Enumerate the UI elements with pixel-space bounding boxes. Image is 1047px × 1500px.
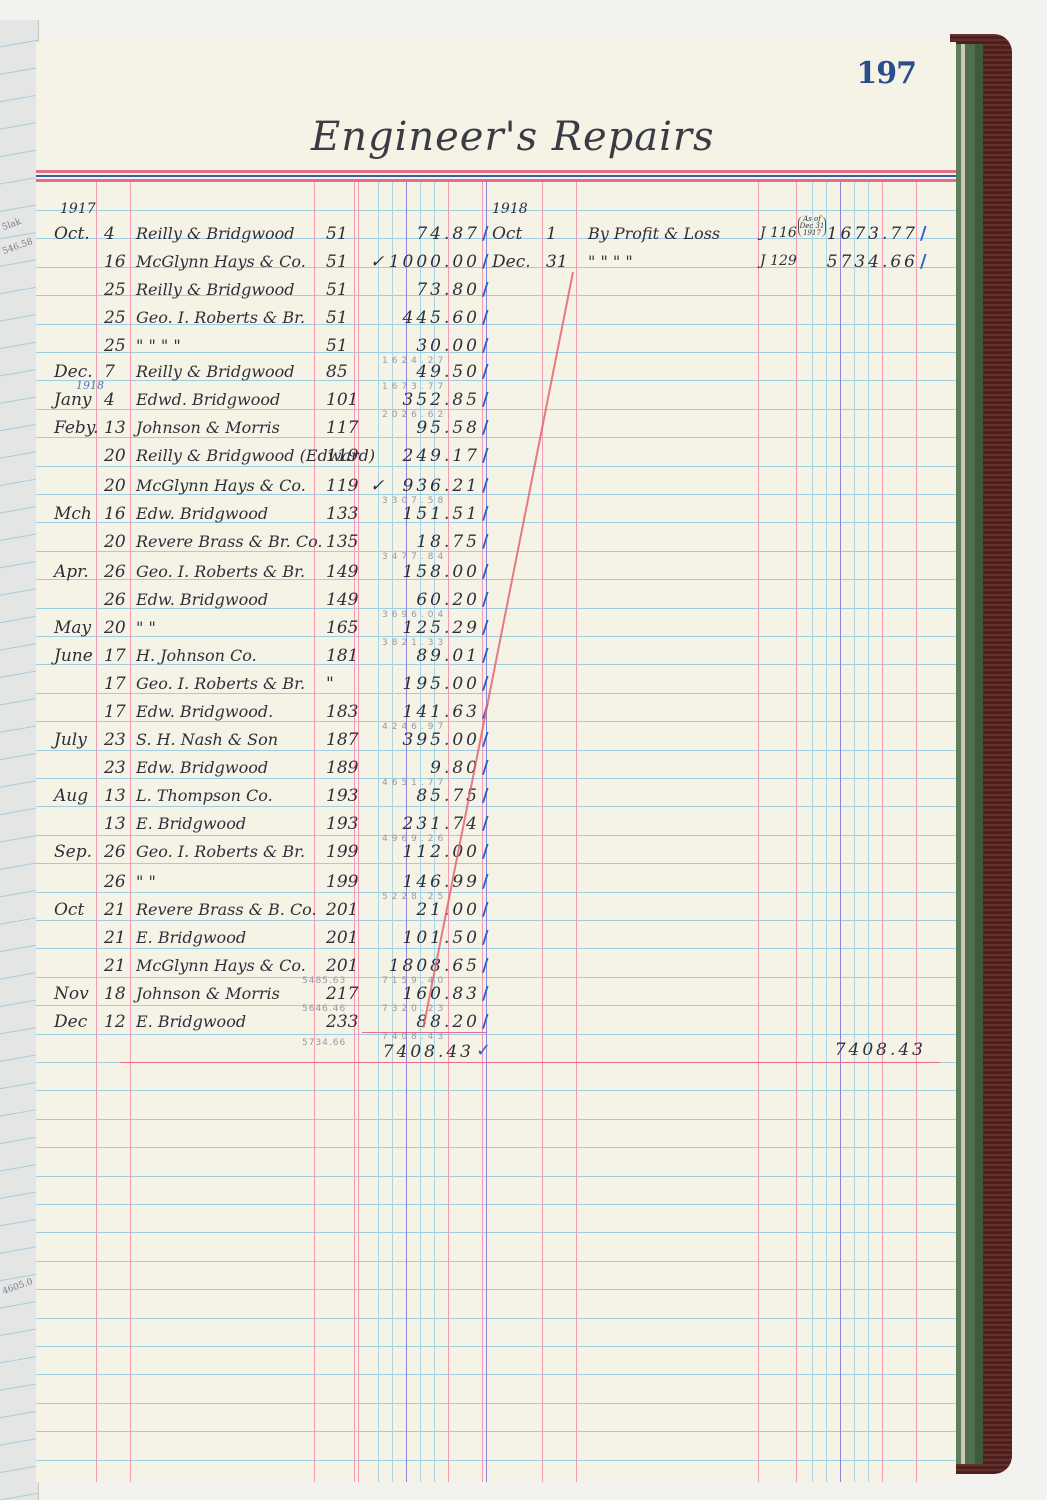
post-tick-icon: /: [482, 477, 489, 495]
entry-day: 23: [104, 732, 126, 749]
margin-note: 5lak: [1, 217, 23, 233]
ruled-line: [36, 750, 956, 751]
entry-amount: 21.00: [376, 902, 480, 919]
entry-month: May: [54, 620, 91, 637]
entry-amount: 89.01: [376, 648, 480, 665]
post-tick-icon: /: [482, 901, 489, 919]
entry-day: 4: [104, 392, 115, 409]
entry-day: 18: [104, 986, 126, 1003]
ruled-line: [36, 1034, 956, 1035]
entry-day: 25: [104, 338, 126, 355]
ruled-line: [36, 977, 956, 978]
entry-particulars: H. Johnson Co.: [136, 648, 257, 664]
ruled-line: [36, 948, 956, 949]
folio-pencil-note: 5485.63: [302, 976, 346, 986]
post-tick-icon: /: [482, 787, 489, 805]
margin-note: 4605.0: [1, 1277, 34, 1297]
entry-day: 26: [104, 874, 126, 891]
entry-amount: 95.58: [376, 420, 480, 437]
ruled-line: [36, 1261, 956, 1262]
entry-amount: 60.20: [376, 592, 480, 609]
entry-day: 17: [104, 648, 126, 665]
entry-particulars: E. Bridgwood: [136, 930, 246, 946]
folio-pencil-total: 5734.66: [302, 1038, 346, 1048]
ruled-line: [36, 636, 956, 637]
entry-month: Dec: [54, 1014, 87, 1031]
post-tick-icon: /: [482, 731, 489, 749]
entry-amount: 151.51: [376, 506, 480, 523]
entry-amount: 101.50: [376, 930, 480, 947]
entry-folio: 51: [326, 226, 348, 243]
entry-particulars: Edw. Bridgwood: [136, 760, 268, 776]
column-line: [826, 182, 827, 1482]
entry-particulars: Revere Brass & B. Co.: [136, 902, 317, 918]
ruled-line: [36, 1176, 956, 1177]
column-line: [796, 182, 797, 1482]
entry-particulars: Edw. Bridgwood: [136, 506, 268, 522]
entry-day: 20: [104, 478, 126, 495]
entry-particulars: McGlynn Hays & Co.: [136, 478, 306, 494]
entry-month: July: [54, 732, 87, 749]
entry-folio: 201: [326, 902, 358, 919]
entry-particulars: Revere Brass & Br. Co.: [136, 534, 323, 550]
entry-day: 17: [104, 676, 126, 693]
entry-particulars: S. H. Nash & Son: [136, 732, 278, 748]
pencil-running-total: 3477.84: [382, 552, 447, 562]
entry-amount: 1808.65: [376, 958, 480, 975]
entry-folio: 181: [326, 648, 358, 665]
column-line: [854, 182, 855, 1482]
margin-note: 546.58: [1, 237, 34, 257]
post-tick-icon: /: [482, 675, 489, 693]
entry-folio: 119: [326, 478, 358, 495]
entry-folio: 51: [326, 254, 348, 271]
column-line: [542, 182, 543, 1482]
entry-particulars: Johnson & Morris: [136, 420, 280, 436]
entry-folio: 193: [326, 788, 358, 805]
entry-particulars: " " " ": [136, 338, 181, 354]
entry-day: 13: [104, 420, 126, 437]
entry-amount: 49.50: [376, 364, 480, 381]
ruled-line: [36, 1403, 956, 1404]
entry-folio: 51: [326, 282, 348, 299]
entry-folio: 201: [326, 958, 358, 975]
ruled-line: [36, 1232, 956, 1233]
ruled-line: [36, 920, 956, 921]
column-line: [868, 182, 869, 1482]
page-number: 197: [856, 56, 916, 91]
ledger-page: 197 Engineer's Repairs 1917 Oct.4Reilly …: [36, 42, 956, 1482]
entry-amount: 195.00: [376, 676, 480, 693]
post-tick-icon: /: [482, 391, 489, 409]
debit-total: 7408.43: [374, 1044, 474, 1061]
entry-amount: 445.60: [376, 310, 480, 327]
entry-amount: 88.20: [376, 1014, 480, 1031]
entry-folio: 51: [326, 310, 348, 327]
ruled-line: [36, 1119, 956, 1120]
entry-folio: 149: [326, 592, 358, 609]
ruled-line: [36, 1147, 956, 1148]
post-tick-icon: /: [920, 253, 927, 271]
post-tick-icon: /: [482, 309, 489, 327]
entry-folio: 85: [326, 364, 348, 381]
entry-amount: 141.63: [376, 704, 480, 721]
entry-amount: 146.99: [376, 874, 480, 891]
post-tick-icon: /: [482, 419, 489, 437]
entry-folio: 189: [326, 760, 358, 777]
column-line: [840, 182, 841, 1482]
post-tick-icon: /: [482, 843, 489, 861]
entry-amount: 85.75: [376, 788, 480, 805]
entry-folio: 233: [326, 1014, 358, 1031]
entry-month: June: [54, 648, 93, 665]
entry-day: 25: [104, 282, 126, 299]
entry-particulars: Johnson & Morris: [136, 986, 280, 1002]
entry-amount: 1673.77: [818, 226, 918, 243]
post-tick-icon: /: [920, 225, 927, 243]
entry-folio: 119: [326, 448, 358, 465]
entry-month: Apr.: [54, 564, 89, 581]
column-line: [314, 182, 315, 1482]
ruled-line: [36, 1204, 956, 1205]
credit-year: 1918: [492, 202, 528, 216]
entry-amount: 74.87: [376, 226, 480, 243]
entry-particulars: Reilly & Bridgwood: [136, 364, 295, 380]
entry-day: 31: [546, 254, 568, 271]
column-line: [916, 182, 917, 1482]
entry-particulars: L. Thompson Co.: [136, 788, 273, 804]
year-note: 1918: [76, 380, 104, 391]
ruled-line: [36, 892, 956, 893]
entry-folio: 165: [326, 620, 358, 637]
entry-day: 21: [104, 902, 126, 919]
ruled-line: [36, 1346, 956, 1347]
entry-folio: 117: [326, 420, 358, 437]
entry-month: Oct.: [54, 226, 90, 243]
entry-folio: 193: [326, 816, 358, 833]
entry-month: Jany: [54, 392, 92, 409]
post-tick-icon: /: [482, 337, 489, 355]
entry-month: Feby.: [54, 420, 99, 437]
post-tick-icon: /: [482, 563, 489, 581]
post-tick-icon: /: [482, 533, 489, 551]
column-line: [812, 182, 813, 1482]
entry-day: 20: [104, 534, 126, 551]
post-tick-icon: /: [482, 253, 489, 271]
ruled-line: [36, 721, 956, 722]
post-tick-icon: /: [482, 505, 489, 523]
ruled-line: [36, 863, 956, 864]
entry-month: Aug: [54, 788, 88, 805]
entry-amount: 936.21: [376, 478, 480, 495]
ruled-line: [36, 1431, 956, 1432]
ruled-line: [36, 1289, 956, 1290]
entry-particulars: " ": [136, 874, 156, 890]
post-tick-icon: /: [482, 985, 489, 1003]
entry-day: 1: [546, 226, 557, 243]
entry-folio: 199: [326, 844, 358, 861]
entry-day: 13: [104, 816, 126, 833]
ruled-line: [36, 1005, 956, 1006]
entry-particulars: E. Bridgwood: [136, 1014, 246, 1030]
entry-particulars: Geo. I. Roberts & Br.: [136, 676, 305, 692]
credit-total: 7408.43: [816, 1042, 926, 1059]
post-tick-icon: /: [482, 873, 489, 891]
entry-folio: 133: [326, 506, 358, 523]
post-tick-icon: /: [482, 363, 489, 381]
entry-month: Nov: [54, 986, 89, 1003]
entry-amount: 30.00: [376, 338, 480, 355]
ruled-line: [36, 806, 956, 807]
total-rule: [120, 1062, 940, 1063]
entry-amount: 1000.00: [376, 254, 480, 271]
entry-day: 26: [104, 844, 126, 861]
entry-amount: 18.75: [376, 534, 480, 551]
ruled-line: [36, 1090, 956, 1091]
entry-particulars: Geo. I. Roberts & Br.: [136, 310, 305, 326]
entry-day: 21: [104, 930, 126, 947]
column-line: [758, 182, 759, 1482]
entry-amount: 395.00: [376, 732, 480, 749]
entry-particulars: Geo. I. Roberts & Br.: [136, 844, 305, 860]
entry-particulars: By Profit & Loss: [588, 226, 720, 242]
ruled-line: [36, 1460, 956, 1461]
header-rule: [36, 170, 956, 184]
entry-day: 4: [104, 226, 115, 243]
ruled-line: [36, 1374, 956, 1375]
ruled-line: [36, 1318, 956, 1319]
entry-amount: 73.80: [376, 282, 480, 299]
entry-day: 26: [104, 592, 126, 609]
post-tick-icon: /: [482, 957, 489, 975]
ruled-line: [36, 466, 956, 467]
entry-day: 25: [104, 310, 126, 327]
post-tick-icon: /: [482, 281, 489, 299]
entry-day: 16: [104, 506, 126, 523]
entry-folio: 183: [326, 704, 358, 721]
entry-month: Oct: [492, 226, 522, 243]
debit-year: 1917: [60, 202, 96, 216]
entry-particulars: E. Bridgwood: [136, 816, 246, 832]
post-tick-icon: /: [482, 1013, 489, 1031]
post-tick-icon: /: [482, 815, 489, 833]
entry-folio: 135: [326, 534, 358, 551]
entry-particulars: Edw. Bridgwood: [136, 592, 268, 608]
entry-month: Dec.: [492, 254, 531, 271]
entry-day: 20: [104, 620, 126, 637]
entry-folio: 101: [326, 392, 358, 409]
entry-particulars: " ": [136, 620, 156, 636]
entry-folio: 217: [326, 986, 358, 1003]
total-rule: [362, 1032, 486, 1033]
entry-day: 21: [104, 958, 126, 975]
post-tick-icon: /: [482, 447, 489, 465]
folio-pencil-note: 5646.46: [302, 1004, 346, 1014]
column-line: [882, 182, 883, 1482]
entry-amount: 352.85: [376, 392, 480, 409]
entry-particulars: Geo. I. Roberts & Br.: [136, 564, 305, 580]
entry-folio: 187: [326, 732, 358, 749]
entry-folio: ": [326, 676, 334, 693]
entry-particulars: Edw. Bridgwood.: [136, 704, 273, 720]
entry-amount: 249.17: [376, 448, 480, 465]
entry-amount: 112.00: [376, 844, 480, 861]
pencil-running-total: 7408.43: [382, 1032, 447, 1042]
post-tick-icon: /: [482, 759, 489, 777]
check-mark-icon: ✓: [476, 1042, 491, 1060]
entry-particulars: " " " ": [588, 254, 633, 270]
entry-folio: J 116: [760, 226, 797, 240]
entry-day: 16: [104, 254, 126, 271]
entry-particulars: McGlynn Hays & Co.: [136, 958, 306, 974]
post-tick-icon: /: [482, 619, 489, 637]
entry-day: 20: [104, 448, 126, 465]
entry-amount: 158.00: [376, 564, 480, 581]
post-tick-icon: /: [482, 591, 489, 609]
entry-folio: 199: [326, 874, 358, 891]
entry-day: 17: [104, 704, 126, 721]
entry-month: Mch: [54, 506, 92, 523]
entry-day: 12: [104, 1014, 126, 1031]
post-tick-icon: /: [482, 225, 489, 243]
entry-folio: 51: [326, 338, 348, 355]
entry-day: 26: [104, 564, 126, 581]
entry-day: 7: [104, 364, 115, 381]
ruled-line: [36, 835, 956, 836]
entry-amount: 9.80: [376, 760, 480, 777]
entry-amount: 125.29: [376, 620, 480, 637]
entry-amount: 5734.66: [818, 254, 918, 271]
post-tick-icon: /: [482, 647, 489, 665]
entry-day: 23: [104, 760, 126, 777]
entry-particulars: McGlynn Hays & Co.: [136, 254, 306, 270]
page-title: Engineer's Repairs: [311, 114, 715, 160]
entry-folio: 149: [326, 564, 358, 581]
entry-day: 13: [104, 788, 126, 805]
column-line: [576, 182, 577, 1482]
entry-particulars: Edwd. Bridgwood: [136, 392, 280, 408]
column-line: [130, 182, 131, 1482]
entry-month: Sep.: [54, 844, 92, 861]
entry-particulars: Reilly & Bridgwood: [136, 282, 295, 298]
entry-particulars: Reilly & Bridgwood: [136, 226, 295, 242]
column-line: [96, 182, 97, 1482]
previous-page-edge: 5lak 546.58 4605.0: [0, 20, 39, 1500]
entry-folio: J 129: [760, 254, 797, 268]
ruled-line: [36, 437, 956, 438]
entry-folio: 201: [326, 930, 358, 947]
post-tick-icon: /: [482, 929, 489, 947]
entry-month: Oct: [54, 902, 84, 919]
ruled-line: [36, 778, 956, 779]
